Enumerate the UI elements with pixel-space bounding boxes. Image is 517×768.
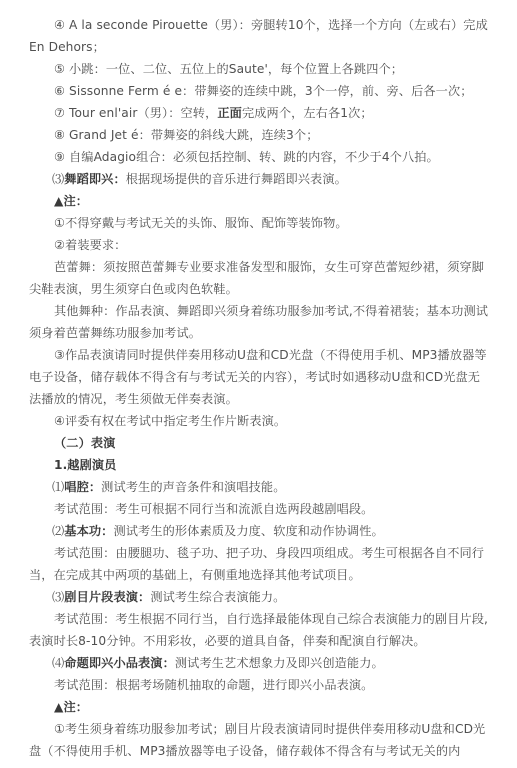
text-line: ①不得穿戴与考试无关的头饰、服饰、配饰等装饰物。 <box>54 215 494 231</box>
text-line: 考试范围：由腰腿功、毯子功、把子功、身段四项组成。考生可根据各自不同行 <box>54 545 494 561</box>
bold-text: 剧目片段表演： <box>64 590 150 604</box>
bold-text: 舞蹈即兴： <box>64 172 125 186</box>
bold-text: 唱腔： <box>64 480 101 494</box>
text-line: ④评委有权在考试中指定考生作片断表演。 <box>54 413 494 429</box>
subsection-heading: 1.越剧演员 <box>54 457 494 473</box>
bold-text: 基本功： <box>64 524 113 538</box>
text-line: ⑧ Grand Jet é：带舞姿的斜线大跳，连续3个； <box>54 127 494 143</box>
text-line: 芭蕾舞：须按照芭蕾舞专业要求准备发型和服饰，女生可穿芭蕾短纱裙，须穿脚 <box>54 259 494 275</box>
text-line: ⑦ Tour enl'air（男）：空转，正面完成两个，左右各1次； <box>54 105 494 121</box>
text-line: 当，在完成其中两项的基础上，有侧重地选择其他考试项目。 <box>29 567 469 583</box>
text-line: 其他舞种：作品表演、舞蹈即兴须身着练功服参加考试,不得着裙装；基本功测试 <box>54 303 494 319</box>
text-line: 电子设备，储存载体不得含有与考试无关的内容），考试时如遇移动U盘和CD光盘无 <box>29 369 469 385</box>
text-line: En Dehors； <box>29 39 469 55</box>
text-line: 考试范围：考生可根据不同行当和流派自选两段越剧唱段。 <box>54 501 494 517</box>
bold-text: 正面 <box>217 106 242 120</box>
subsection-heading: ⑶舞蹈即兴：根据现场提供的音乐进行舞蹈即兴表演。 <box>52 171 492 187</box>
bold-text: 命题即兴小品表演： <box>64 656 175 670</box>
text-line: 法播放的情况，考生须做无伴奏表演。 <box>29 391 469 407</box>
item-heading: ⑵基本功：测试考生的形体素质及力度、软度和动作协调性。 <box>52 523 492 539</box>
text-line: ①考生须身着练功服参加考试；剧目片段表演请同时提供伴奏用移动U盘和CD光 <box>54 721 494 737</box>
text-line: 盘（不得使用手机、MP3播放器等电子设备，储存载体不得含有与考试无关的内 <box>29 743 469 759</box>
item-heading: ⑷命题即兴小品表演：测试考生艺术想象力及即兴创造能力。 <box>52 655 492 671</box>
text-line: ④ A la seconde Pirouette（男）：旁腿转10个，选择一个方… <box>54 17 494 33</box>
text-line: 考试范围：考生根据不同行当，自行选择最能体现自己综合表演能力的剧目片段, <box>54 611 494 627</box>
text-line: 考试范围：根据考场随机抽取的命题，进行即兴小品表演。 <box>54 677 494 693</box>
text-line: 须身着芭蕾舞练功服参加考试。 <box>29 325 469 341</box>
item-heading: ⑶剧目片段表演：测试考生综合表演能力。 <box>52 589 492 605</box>
text-line: ②着装要求： <box>54 237 494 253</box>
section-heading: （二）表演 <box>54 435 494 451</box>
item-heading: ⑴唱腔：测试考生的声音条件和演唱技能。 <box>52 479 492 495</box>
note-heading: ▲注： <box>54 193 494 209</box>
text-line: 尖鞋表演，男生须穿白色或肉色软鞋。 <box>29 281 469 297</box>
text-line: 表演时长8-10分钟。不用彩妆，必要的道具自备，伴奏和配演自行解决。 <box>29 633 469 649</box>
text-line: ③作品表演请同时提供伴奏用移动U盘和CD光盘（不得使用手机、MP3播放器等 <box>54 347 494 363</box>
note-heading: ▲注： <box>54 699 494 715</box>
document-page: ④ A la seconde Pirouette（男）：旁腿转10个，选择一个方… <box>0 0 517 768</box>
text-line: ⑨ 自编Adagio组合：必须包括控制、转、跳的内容，不少于4个八拍。 <box>54 149 494 165</box>
text-line: ⑥ Sissonne Ferm é e：带舞姿的连续中跳，3个一停，前、旁、后各… <box>54 83 494 99</box>
text-line: ⑤ 小跳：一位、二位、五位上的Saute'，每个位置上各跳四个； <box>54 61 494 77</box>
